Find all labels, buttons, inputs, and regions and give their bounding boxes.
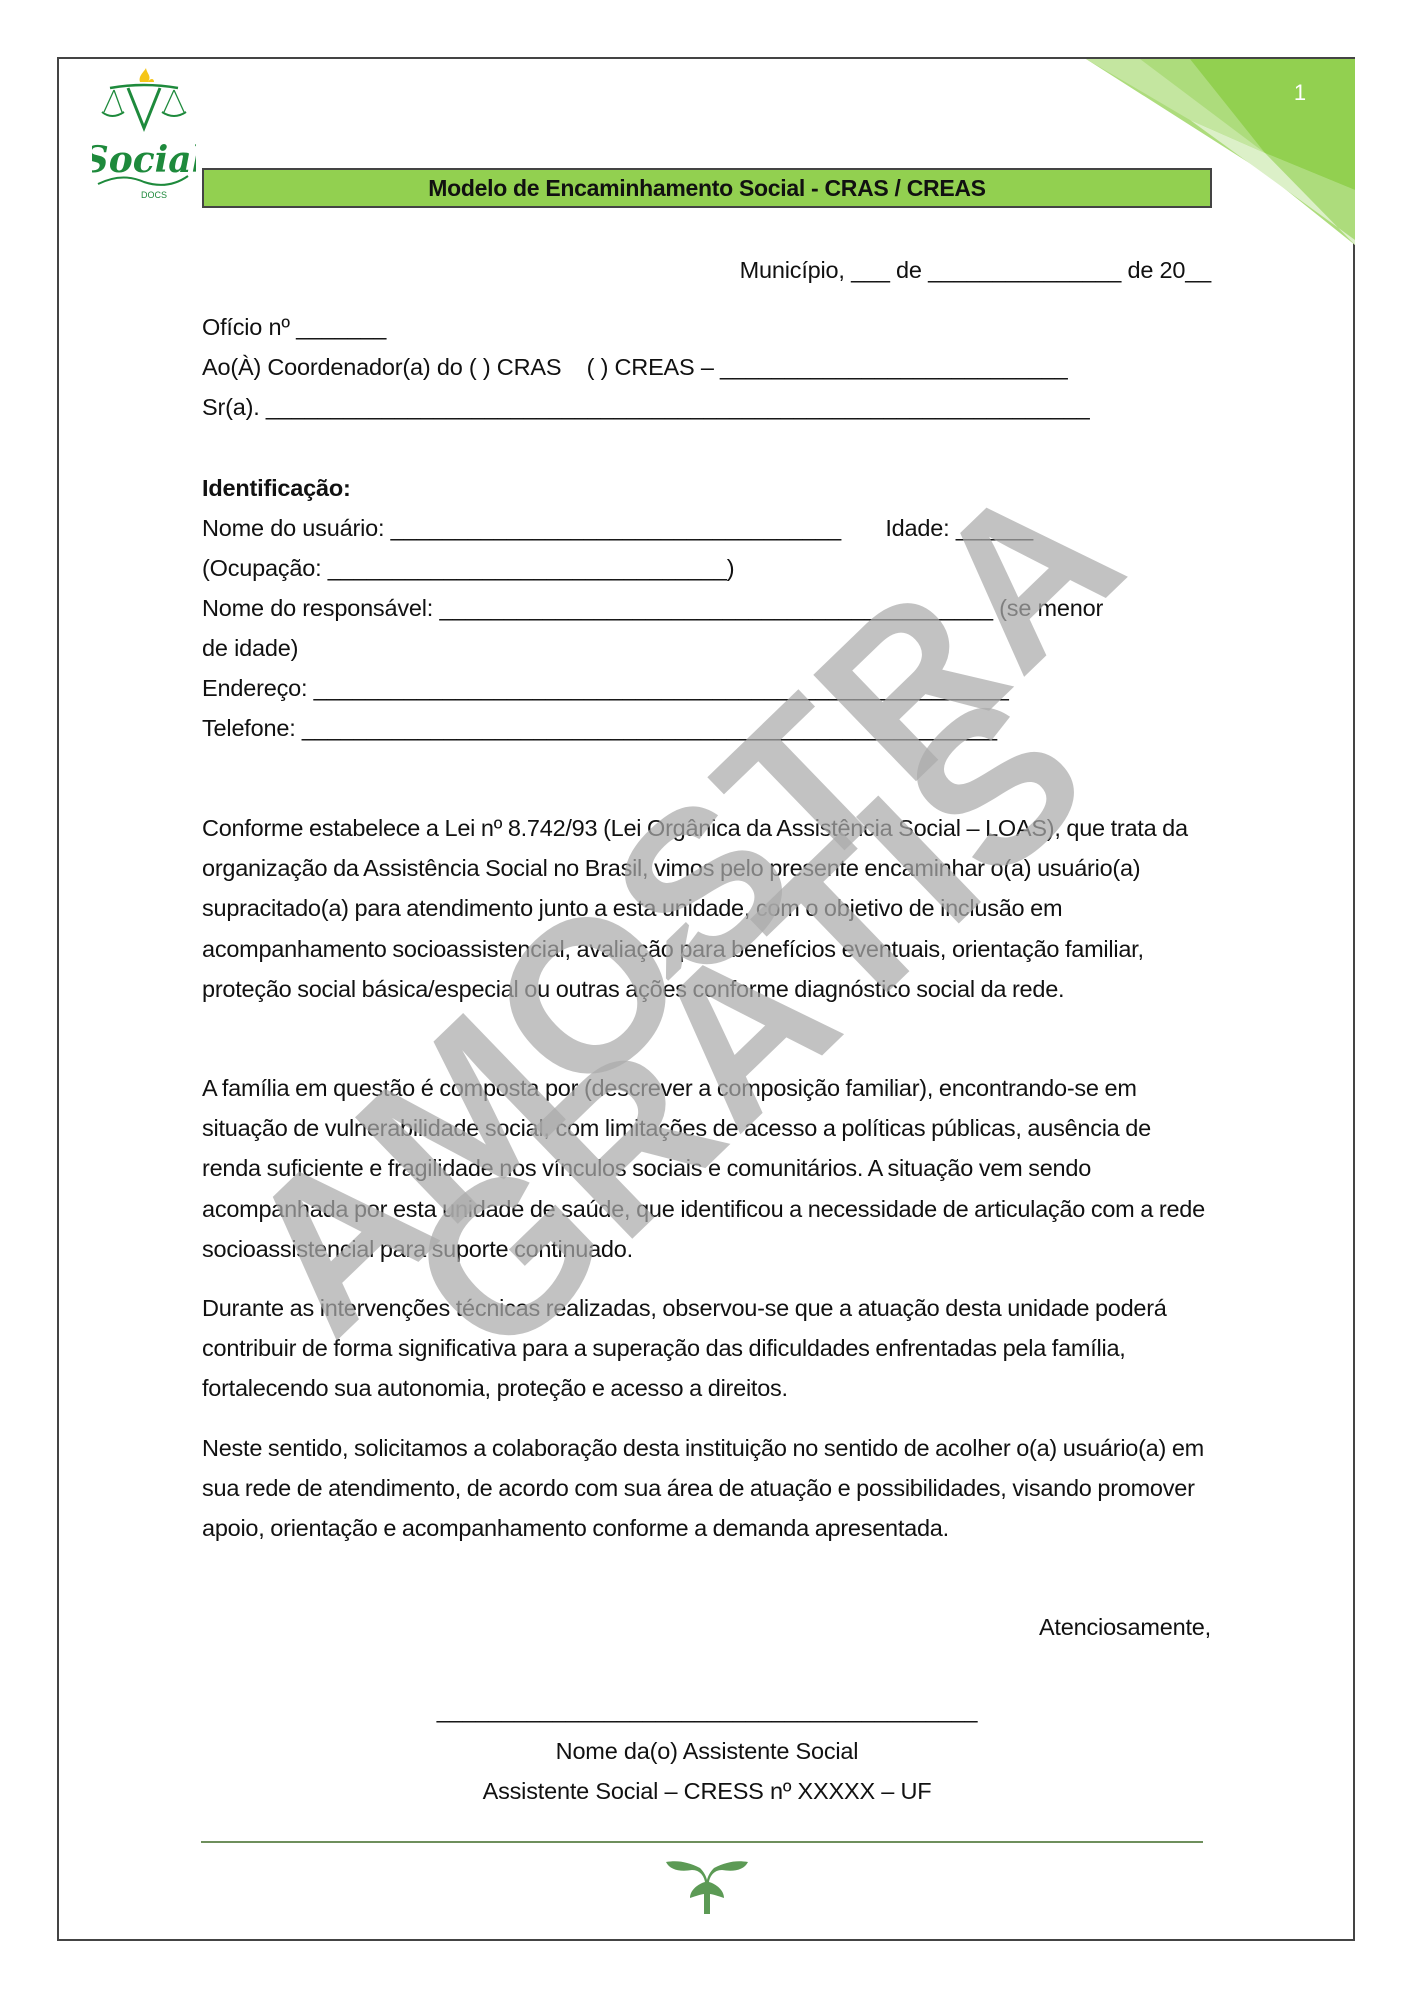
- sr-field: Sr(a). _________________________________…: [202, 392, 1090, 422]
- closing: Atenciosamente,: [1039, 1612, 1211, 1642]
- paragraph-2: A família em questão é composta por (des…: [202, 1068, 1212, 1269]
- scales-of-justice-torch-logo: Social DOCS: [92, 68, 196, 202]
- signatory-name: Nome da(o) Assistente Social: [0, 1738, 1414, 1765]
- responsible-name-field: Nome do responsável: ___________________…: [202, 593, 1103, 623]
- user-name-field: Nome do usuário: _______________________…: [202, 513, 1033, 543]
- sprout-icon: [664, 1858, 750, 1916]
- recipient-field: Ao(À) Coordenador(a) do ( ) CRAS ( ) CRE…: [202, 352, 1068, 382]
- oficio-number-field: Ofício nº _______: [202, 312, 386, 342]
- page-number: 1: [1290, 80, 1310, 106]
- document-title: Modelo de Encaminhamento Social - CRAS /…: [202, 168, 1212, 208]
- paragraph-1: Conforme estabelece a Lei nº 8.742/93 (L…: [202, 808, 1212, 1009]
- svg-text:Social: Social: [92, 139, 196, 181]
- svg-text:DOCS: DOCS: [141, 190, 167, 200]
- signature-line: ________________________________________…: [0, 1697, 1414, 1724]
- paragraph-4: Neste sentido, solicitamos a colaboração…: [202, 1428, 1212, 1549]
- responsible-note: de idade): [202, 633, 298, 663]
- date-line: Município, ___ de _______________ de 20_…: [740, 255, 1211, 285]
- identification-heading: Identificação:: [202, 473, 351, 503]
- footer-divider: [201, 1841, 1203, 1843]
- paragraph-3: Durante as intervenções técnicas realiza…: [202, 1288, 1212, 1409]
- address-field: Endereço: ______________________________…: [202, 673, 1009, 703]
- phone-field: Telefone: ______________________________…: [202, 713, 997, 743]
- signatory-role: Assistente Social – CRESS nº XXXXX – UF: [0, 1778, 1414, 1805]
- occupation-field: (Ocupação: _____________________________…: [202, 553, 734, 583]
